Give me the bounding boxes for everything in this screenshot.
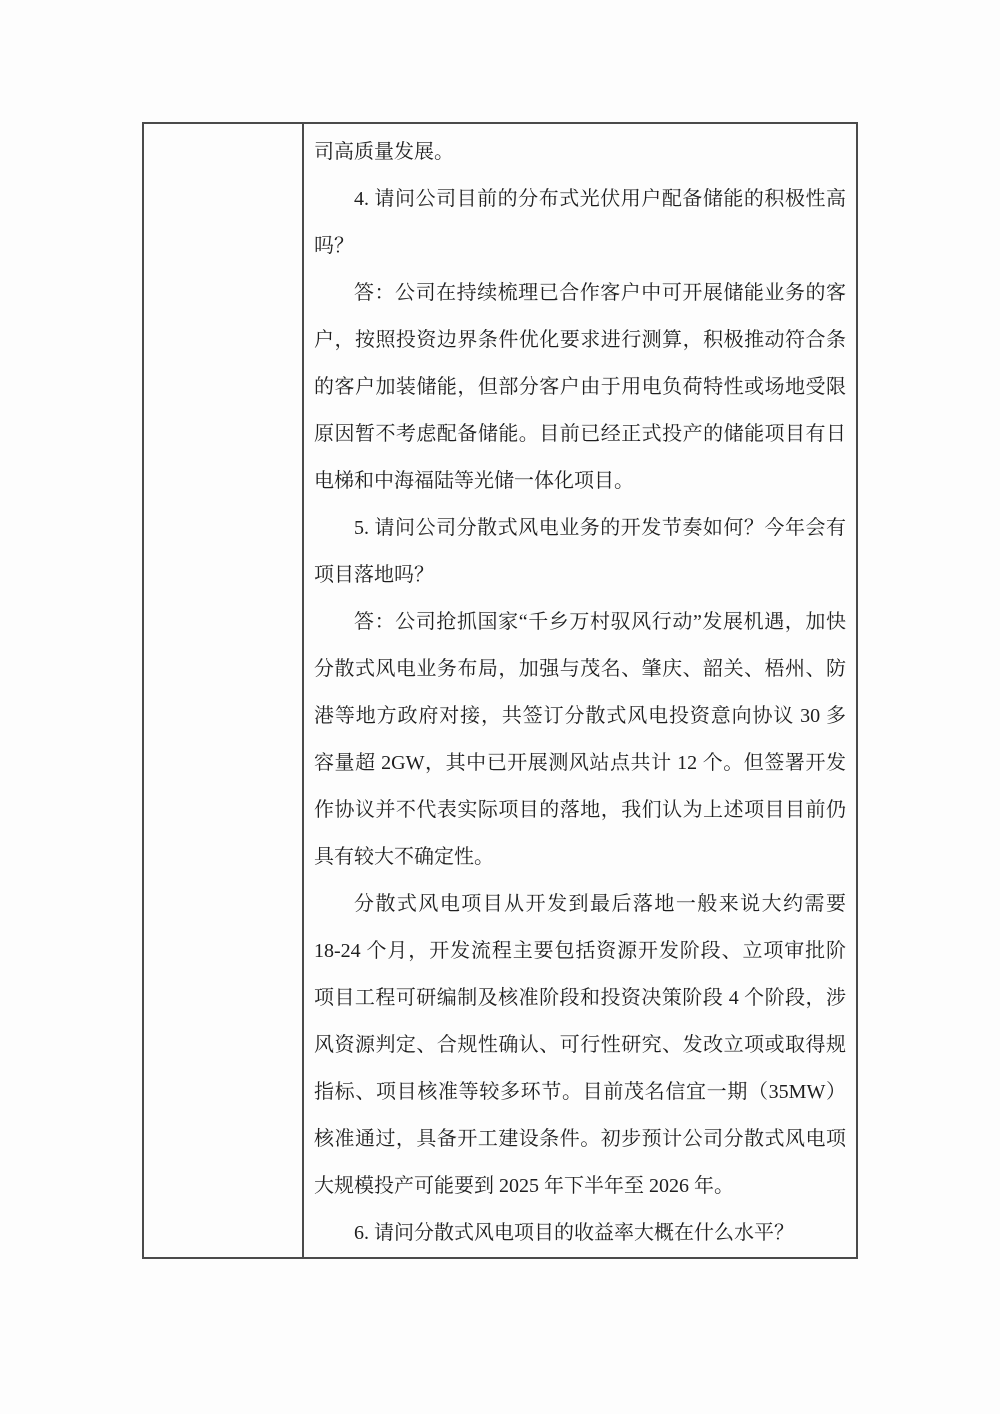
text-line: 项目工程可研编制及核准阶段和投资决策阶段 4 个阶段，涉及 <box>314 975 846 1022</box>
qa-table: 司高质量发展。4. 请问公司目前的分布式光伏用户配备储能的积极性高吗？答：公司在… <box>142 122 858 1259</box>
text-line: 电梯和中海福陆等光储一体化项目。 <box>314 458 846 505</box>
text-line: 指标、项目核准等较多环节。目前茂名信宜一期（35MW）正式 <box>314 1069 846 1116</box>
document-page: 司高质量发展。4. 请问公司目前的分布式光伏用户配备储能的积极性高吗？答：公司在… <box>0 0 1000 1414</box>
text-line: 具有较大不确定性。 <box>314 834 846 881</box>
text-line: 分散式风电业务布局，加强与茂名、肇庆、韶关、梧州、防城 <box>314 646 846 693</box>
table-label-cell <box>144 124 304 1257</box>
text-line: 司高质量发展。 <box>314 129 846 176</box>
text-line: 答：公司在持续梳理已合作客户中可开展储能业务的客 <box>314 270 846 317</box>
text-line: 18-24 个月，开发流程主要包括资源开发阶段、立项审批阶段、 <box>314 928 846 975</box>
text-line: 分散式风电项目从开发到最后落地一般来说大约需要 <box>314 881 846 928</box>
text-line: 项目落地吗？ <box>314 552 846 599</box>
text-line: 核准通过，具备开工建设条件。初步预计公司分散式风电项目 <box>314 1116 846 1163</box>
text-line: 6. 请问分散式风电项目的收益率大概在什么水平？ <box>314 1210 846 1257</box>
text-line: 大规模投产可能要到 2025 年下半年至 2026 年。 <box>314 1163 846 1210</box>
text-line: 风资源判定、合规性确认、可行性研究、发改立项或取得规划 <box>314 1022 846 1069</box>
text-line: 吗？ <box>314 223 846 270</box>
text-line: 原因暂不考虑配备储能。目前已经正式投产的储能项目有日立 <box>314 411 846 458</box>
text-line: 作协议并不代表实际项目的落地，我们认为上述项目目前仍然 <box>314 787 846 834</box>
text-line: 的客户加装储能，但部分客户由于用电负荷特性或场地受限等 <box>314 364 846 411</box>
text-line: 5. 请问公司分散式风电业务的开发节奏如何？今年会有 <box>314 505 846 552</box>
text-line: 4. 请问公司目前的分布式光伏用户配备储能的积极性高 <box>314 176 846 223</box>
text-line: 答：公司抢抓国家“千乡万村驭风行动”发展机遇，加快 <box>314 599 846 646</box>
text-line: 港等地方政府对接，共签订分散式风电投资意向协议 30 多个， <box>314 693 846 740</box>
table-answer-cell: 司高质量发展。4. 请问公司目前的分布式光伏用户配备储能的积极性高吗？答：公司在… <box>304 124 856 1257</box>
text-line: 户，按照投资边界条件优化要求进行测算，积极推动符合条件 <box>314 317 846 364</box>
text-line: 容量超 2GW，其中已开展测风站点共计 12 个。但签署开发合 <box>314 740 846 787</box>
